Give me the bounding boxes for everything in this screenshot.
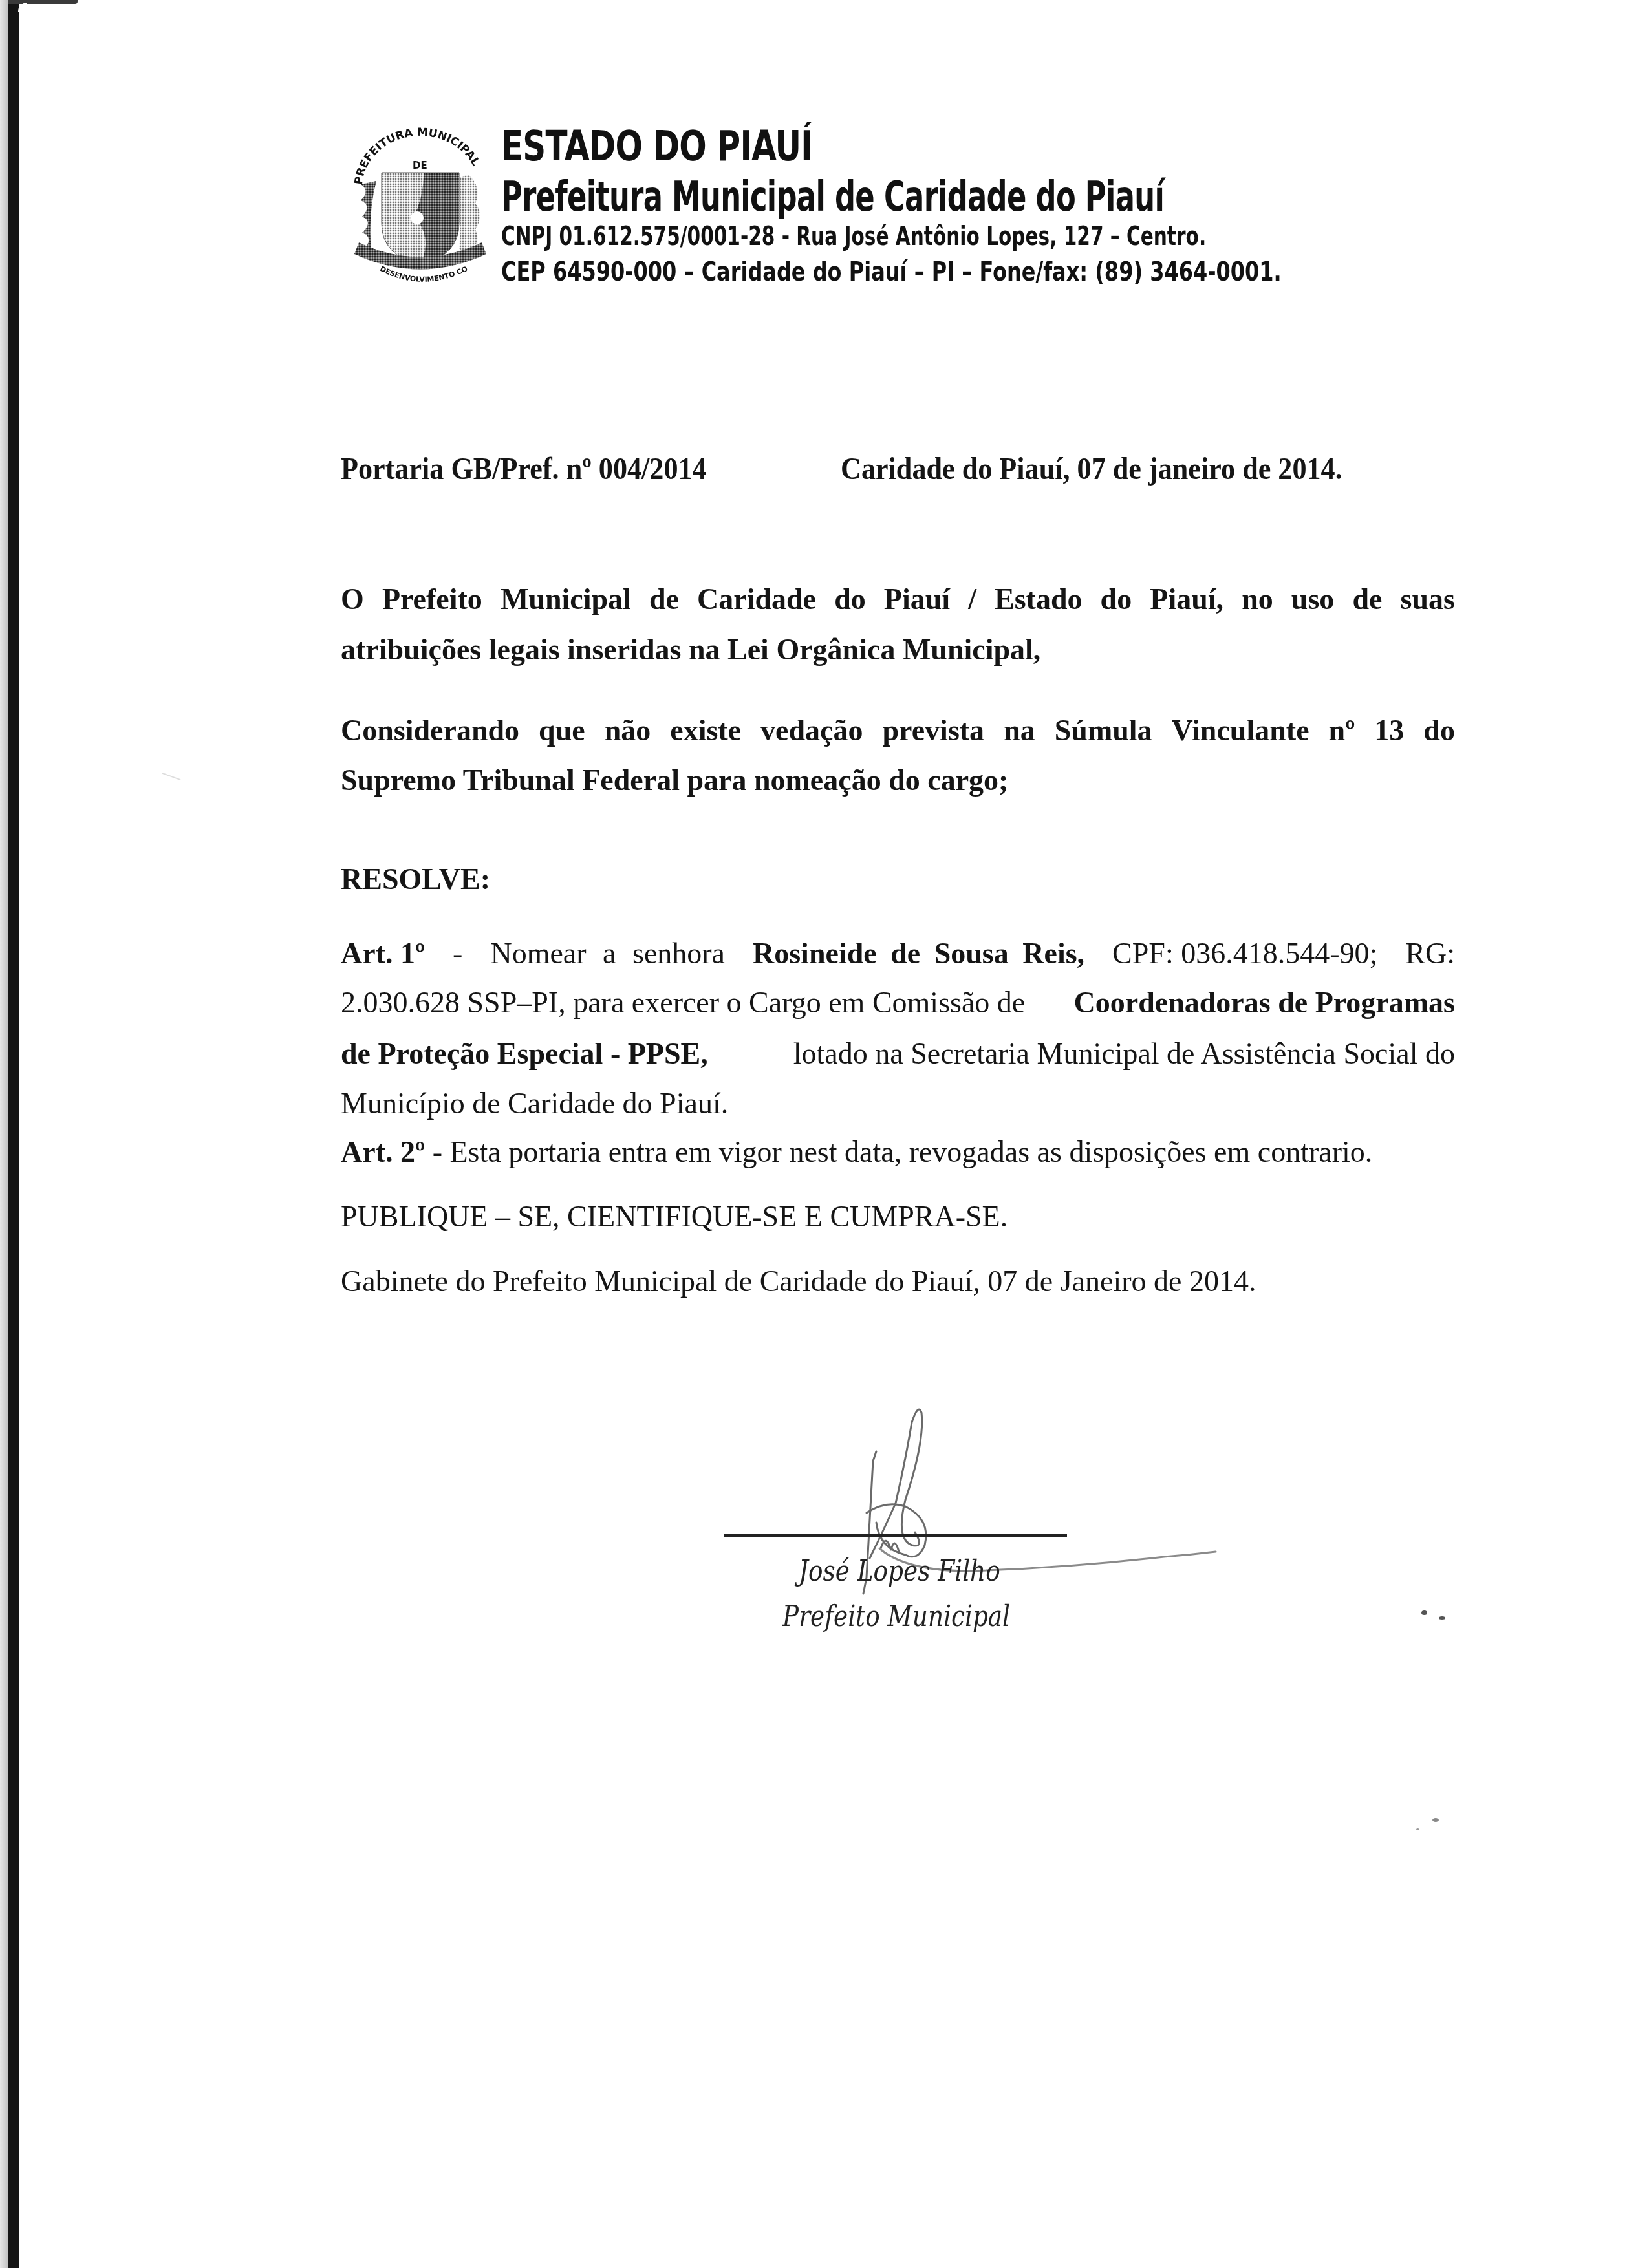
scan-speck [1421, 1610, 1427, 1615]
word: 13 [1374, 713, 1404, 747]
resolve-heading: RESOLVE: [341, 862, 490, 896]
publication-order: PUBLIQUE – SE, CIENTIFIQUE-SE E CUMPRA-S… [341, 1199, 1008, 1234]
word: que [539, 713, 585, 747]
article-1-line-3: de Proteção Especial - PPSE, lotado na S… [341, 1036, 1455, 1071]
word: Piauí [884, 582, 950, 616]
handwritten-signature-icon [711, 1390, 1229, 1623]
word: Caridade [697, 582, 816, 616]
considering-line-2: Supremo Tribunal Federal para nomeação d… [341, 763, 1008, 797]
article-1-label: Art. 1º [341, 936, 425, 970]
article-1-text: Nomear a senhora [490, 936, 725, 970]
word: do [1101, 582, 1132, 616]
svg-text:DE: DE [413, 160, 427, 171]
appointee-rg-value: 2.030.628 SSP–PI, para exercer o Cargo e… [341, 985, 1025, 1020]
letterhead-address-line-1: CNPJ 01.612.575/0001-28 - Rua José Antôn… [501, 222, 1206, 251]
word: Piauí, [1150, 582, 1223, 616]
document-place-date: Caridade do Piauí, 07 de janeiro de 2014… [841, 451, 1342, 487]
letterhead-municipality: Prefeitura Municipal de Caridade do Piau… [501, 173, 1164, 221]
word: / [968, 582, 976, 616]
signatory-name: José Lopes Filho [799, 1555, 1000, 1588]
scan-speck [1416, 1828, 1419, 1830]
article-2-text: - Esta portaria entra em vigor nest data… [433, 1135, 1373, 1168]
word: suas [1401, 582, 1455, 616]
article-1-assignment: lotado na Secretaria Municipal de Assist… [793, 1036, 1455, 1071]
closing-line: Gabinete do Prefeito Municipal de Carida… [341, 1264, 1256, 1298]
word: existe [670, 713, 741, 747]
appointee-rg-label: RG: [1405, 936, 1455, 970]
word: Vinculante [1172, 713, 1309, 747]
word: do [1423, 713, 1455, 747]
article-1-line-1: Art. 1º - Nomear a senhora Rosineide de … [341, 936, 1455, 970]
word: Municipal [501, 582, 631, 616]
scan-speck [1432, 1818, 1439, 1822]
signatory-title: Prefeito Municipal [782, 1600, 1010, 1633]
position-title-a: Coordenadoras de Programas [1074, 985, 1455, 1020]
word: Súmula [1055, 713, 1152, 747]
preamble-line-2: atribuições legais inseridas na Lei Orgâ… [341, 632, 1040, 667]
signature-line [724, 1534, 1067, 1537]
word: do [834, 582, 866, 616]
municipal-coat-of-arms-icon: PREFEITURA MUNICIPAL DE DESENVOLVIMENTO … [343, 126, 498, 294]
scan-border [8, 0, 19, 2268]
word: no [1242, 582, 1273, 616]
letterhead-address-line-2: CEP 64590-000 – Caridade do Piauí – PI –… [501, 257, 1282, 287]
word: de [649, 582, 679, 616]
article-2-label: Art. 2º [341, 1135, 425, 1168]
word: de [1352, 582, 1382, 616]
word: prevista [883, 713, 985, 747]
word: não [605, 713, 651, 747]
word: nº [1329, 713, 1355, 747]
word: uso [1291, 582, 1334, 616]
word: O [341, 582, 364, 616]
scan-speck [1439, 1616, 1445, 1620]
word: Considerando [341, 713, 519, 747]
scan-top-border [8, 0, 78, 4]
word: vedação [760, 713, 863, 747]
word: Estado [995, 582, 1082, 616]
considering-line-1: Considerandoquenãoexistevedaçãoprevistan… [341, 713, 1455, 747]
position-title-b: de Proteção Especial - PPSE, [341, 1036, 708, 1071]
word: na [1004, 713, 1035, 747]
preamble-line-1: OPrefeitoMunicipaldeCaridadedoPiauí/Esta… [341, 582, 1455, 616]
article-1-line-4: Município de Caridade do Piauí. [341, 1086, 728, 1120]
document-number: Portaria GB/Pref. nº 004/2014 [341, 451, 707, 487]
appointee-cpf: CPF: 036.418.544-90; [1112, 936, 1377, 970]
article-1-line-2: 2.030.628 SSP–PI, para exercer o Cargo e… [341, 985, 1455, 1020]
appointee-name: Rosineide de Sousa Reis, [753, 936, 1084, 970]
scan-corner [18, 3, 27, 12]
scan-mark [162, 773, 181, 780]
article-2: Art. 2º - Esta portaria entra em vigor n… [341, 1135, 1372, 1169]
word: Prefeito [382, 582, 482, 616]
letterhead-state: ESTADO DO PIAUÍ [501, 123, 812, 171]
